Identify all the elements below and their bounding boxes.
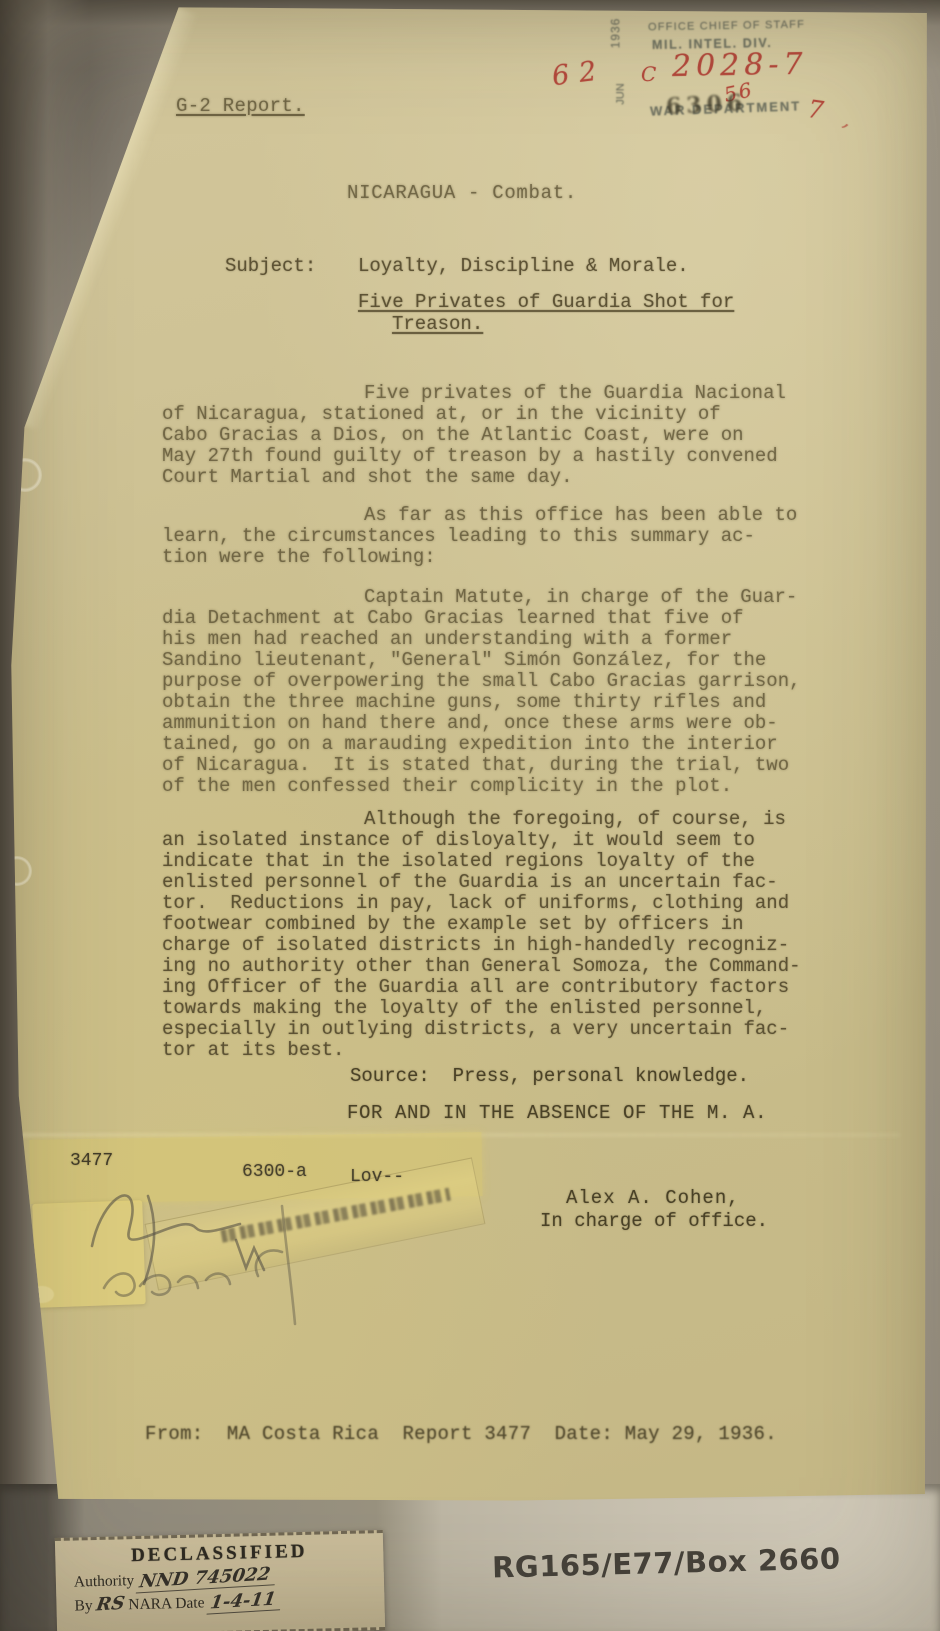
report-type-heading: G-2 Report. (176, 96, 305, 117)
dark-ink-overwrite: 6306 (665, 90, 747, 120)
signature-title: In charge of office. (540, 1211, 768, 1232)
by-value: RS (95, 1593, 126, 1616)
typed-line: Cabo Gracias a Dios, on the Atlantic Coa… (162, 425, 827, 446)
typed-line: obtain the three machine guns, some thir… (162, 692, 827, 713)
typed-line: ing no authority other than General Somo… (162, 956, 827, 977)
typed-line: towards making the loyalty of the enlist… (162, 998, 827, 1019)
body-paragraph-1: Five privates of the Guardia Nacionalof … (162, 383, 827, 488)
typed-line: especially in outlying districts, a very… (162, 1019, 827, 1040)
office-chief-of-staff-stamp: OFFICE CHIEF OF STAFF (648, 19, 805, 34)
red-file-letter: C (641, 62, 656, 86)
date-stamp-month: JUN (615, 83, 627, 104)
typed-line: of the men confessed their complicity in… (162, 776, 827, 797)
typed-line: purpose of overpowering the small Cabo G… (162, 671, 827, 692)
authority-label: Authority (74, 1572, 135, 1590)
nara-date-value: 1-4-11 (206, 1588, 283, 1614)
red-file-prefix: 62 (550, 55, 608, 92)
source-line: Source: Press, personal knowledge. (350, 1066, 749, 1087)
document-paper: OFFICE CHIEF OF STAFF MIL. INTEL. DIV. W… (0, 0, 940, 1631)
typed-line: Although the foregoing, of course, is (162, 809, 827, 830)
tape-subject-abbrev: Lov-- (350, 1167, 404, 1188)
nara-date-label: NARA Date (128, 1594, 205, 1613)
typed-line: learn, the circumstances leading to this… (162, 526, 827, 547)
signature-name: Alex A. Cohen, (566, 1188, 740, 1209)
red-tick-mark: , (840, 108, 858, 133)
absence-line: FOR AND IN THE ABSENCE OF THE M. A. (347, 1103, 767, 1124)
typed-line: tor. Reductions in pay, lack of uniforms… (162, 893, 827, 914)
typed-line: Sandino lieutenant, "General" Simón Gonz… (162, 650, 827, 671)
tape-patch (32, 1200, 146, 1308)
declassified-stamp: DECLASSIFIED Authority NND 745022 By RS … (55, 1530, 385, 1631)
typed-line: Five privates of the Guardia Nacional (162, 383, 827, 404)
typed-line: indicate that in the isolated regions lo… (162, 851, 827, 872)
typed-line: May 27th found guilty of treason by a ha… (162, 446, 827, 467)
from-date-line: From: MA Costa Rica Report 3477 Date: Ma… (145, 1424, 777, 1445)
body-paragraph-3: Captain Matute, in charge of the Guar-di… (162, 587, 827, 797)
subject-subtitle-line2: Treason. (392, 314, 483, 335)
tape-file-number: 6300-a (242, 1162, 307, 1183)
typed-line: charge of isolated districts in high-han… (162, 935, 827, 956)
typed-line: dia Detachment at Cabo Gracias learned t… (162, 608, 827, 629)
date-stamp-year: 1936 (608, 18, 622, 49)
by-label: By (74, 1597, 93, 1614)
subject-subtitle-line1: Five Privates of Guardia Shot for (358, 292, 734, 313)
typed-line: of Nicaragua, stationed at, or in the vi… (162, 404, 827, 425)
typed-line: tor at its best. (162, 1040, 827, 1061)
typed-line: of Nicaragua. It is stated that, during … (162, 755, 827, 776)
photo-stage: OFFICE CHIEF OF STAFF MIL. INTEL. DIV. W… (0, 0, 940, 1631)
red-tick-mark: 7 (806, 95, 825, 125)
typed-line: ammunition on hand there and, once these… (162, 713, 827, 734)
typed-line: enlisted personnel of the Guardia is an … (162, 872, 827, 893)
typed-line: ing Officer of the Guardia all are contr… (162, 977, 827, 998)
subject-text: Loyalty, Discipline & Morale. (358, 256, 689, 277)
typed-line: footwear combined by the example set by … (162, 914, 827, 935)
typed-line: Captain Matute, in charge of the Guar- (162, 587, 827, 608)
typed-line: an isolated instance of disloyalty, it w… (162, 830, 827, 851)
typed-line: Court Martial and shot the same day. (162, 467, 827, 488)
body-paragraph-4: Although the foregoing, of course, isan … (162, 809, 827, 1061)
body-paragraph-2: As far as this office has been able tole… (162, 505, 827, 568)
typed-line: As far as this office has been able to (162, 505, 827, 526)
tape-report-number: 3477 (70, 1151, 113, 1172)
typed-line: tion were the following: (162, 547, 827, 568)
typed-line: tained, go on a marauding expedition int… (162, 734, 827, 755)
document-title: NICARAGUA - Combat. (347, 183, 577, 204)
subject-label: Subject: (225, 256, 316, 277)
typed-line: his men had reached an understanding wit… (162, 629, 827, 650)
